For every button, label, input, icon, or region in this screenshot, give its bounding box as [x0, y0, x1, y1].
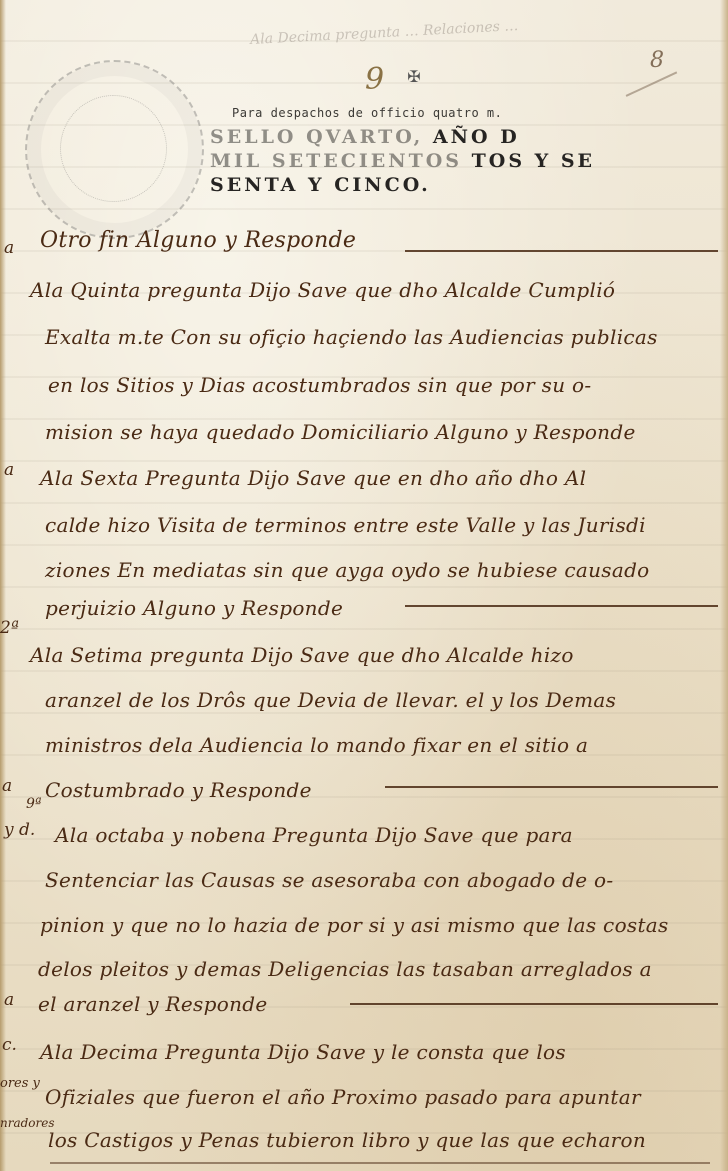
cross-icon: ✠ [405, 68, 423, 86]
manuscript-line: delos pleitos y demas Deligencias las ta… [38, 957, 652, 981]
manuscript-line: calde hizo Visita de terminos entre este… [45, 513, 646, 537]
folio-flourish [609, 35, 678, 97]
line-end-rule [385, 786, 718, 788]
margin-note: 9ª [26, 796, 42, 812]
manuscript-line: mision se haya quedado Domiciliario Algu… [45, 420, 636, 444]
manuscript-line: Ala Quinta pregunta Dijo Save que dho Al… [30, 278, 615, 302]
margin-note: a [4, 460, 14, 480]
stamp-line-2-dark: TOS Y SE [472, 150, 595, 172]
line-end-rule [350, 1003, 718, 1005]
stamp-line-1: SELLO QVARTO, AÑO D [210, 126, 520, 148]
margin-note: nradores [0, 1116, 55, 1130]
manuscript-line: perjuizio Alguno y Responde [45, 596, 343, 620]
stamp-line-3: SENTA Y CINCO. [210, 174, 431, 196]
stamp-line-2: MIL SETECIENTOS TOS Y SE [210, 150, 595, 172]
stamp-header: Para despachos de officio quatro m. [232, 106, 502, 120]
margin-note: 2ª [0, 618, 19, 638]
manuscript-line: Ala Sexta Pregunta Dijo Save que en dho … [40, 466, 586, 490]
manuscript-line: ziones En mediatas sin que ayga oydo se … [45, 558, 650, 582]
manuscript-line: Ofiziales que fueron el año Proximo pasa… [45, 1085, 641, 1109]
stamp-line-3-text: SENTA Y CINCO. [210, 174, 431, 196]
stamp-line-2-faded: MIL SETECIENTOS [210, 150, 462, 172]
manuscript-line: Otro fin Alguno y Responde [40, 228, 356, 253]
manuscript-line: Exalta m.te Con su ofiçio haçiendo las A… [45, 325, 658, 349]
manuscript-line: en los Sitios y Dias acostumbrados sin q… [48, 373, 591, 397]
manuscript-line: Ala Decima Pregunta Dijo Save y le const… [40, 1040, 566, 1064]
manuscript-line: el aranzel y Responde [38, 992, 267, 1016]
manuscript-line: los Castigos y Penas tubieron libro y qu… [48, 1128, 646, 1152]
folio-number: 8 [650, 48, 664, 73]
bottom-rule [50, 1162, 710, 1164]
manuscript-line: pinion y que no lo hazia de por si y asi… [40, 913, 669, 937]
margin-note: ores y [0, 1076, 40, 1091]
seal-inner-ring [60, 95, 167, 202]
manuscript-line: Costumbrado y Responde [45, 778, 312, 802]
manuscript-line: Sentenciar las Causas se asesoraba con a… [45, 868, 613, 892]
margin-note: a [2, 776, 12, 796]
line-end-rule [405, 250, 718, 252]
manuscript-page: Ala Decima pregunta … Relaciones … 8 9 ✠… [0, 0, 728, 1171]
margin-note: a [4, 990, 14, 1010]
line-end-rule [405, 605, 718, 607]
margin-note: y d. [4, 820, 35, 840]
stamp-line-1-faded: SELLO QVARTO, [210, 126, 423, 148]
margin-note: c. [2, 1035, 17, 1055]
manuscript-line: Ala octaba y nobena Pregunta Dijo Save q… [55, 823, 573, 847]
manuscript-line: aranzel de los Drôs que Devia de llevar.… [45, 688, 616, 712]
page-right-edge [720, 0, 728, 1171]
bleed-through-text: Ala Decima pregunta … Relaciones … [250, 18, 519, 48]
manuscript-line: ministros dela Audiencia lo mando fixar … [45, 733, 588, 757]
stamp-line-1-dark: AÑO D [433, 126, 520, 148]
margin-note: a [4, 238, 14, 258]
page-mark: 9 [365, 62, 384, 97]
manuscript-line: Ala Setima pregunta Dijo Save que dho Al… [30, 643, 574, 667]
